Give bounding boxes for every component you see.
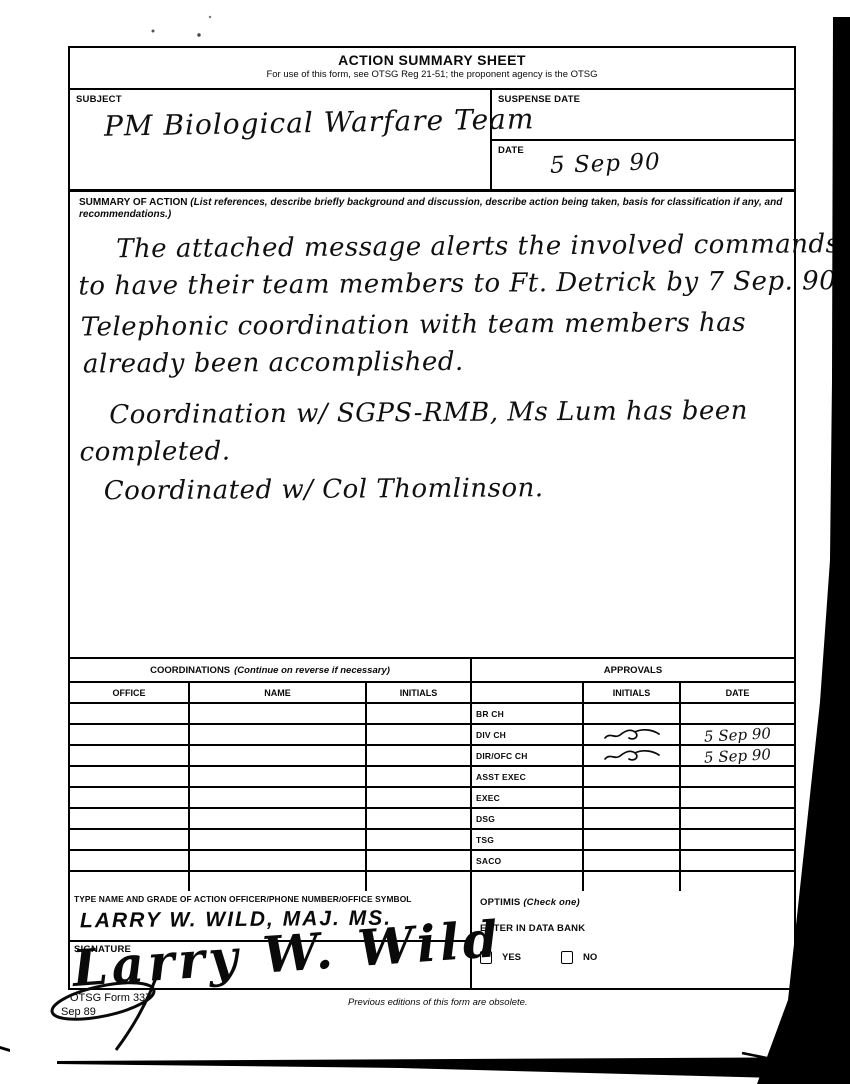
approval-initials-cell bbox=[584, 830, 681, 849]
coord-initials-column-header: INITIALS bbox=[367, 683, 472, 702]
optimis-label-title: OPTIMIS bbox=[480, 897, 520, 908]
scan-bar-bottom bbox=[57, 1057, 850, 1080]
summary-of-action-section: SUMMARY OF ACTION (List references, desc… bbox=[70, 192, 794, 659]
coordination-name-cell bbox=[190, 746, 367, 765]
scanned-document-page: ACTION SUMMARY SHEET For use of this for… bbox=[0, 0, 850, 1084]
approval-date-cell bbox=[681, 767, 794, 786]
approval-role-column-header bbox=[472, 683, 584, 702]
coordination-office-cell bbox=[70, 767, 190, 786]
summary-handwritten-text: The attached message alerts the involved… bbox=[78, 227, 786, 511]
approval-date-cell: 5 Sep 90 bbox=[681, 725, 794, 744]
optimis-label: OPTIMIS (Check one) bbox=[480, 897, 786, 908]
table-section-headers: COORDINATIONS (Continue on reverse if ne… bbox=[70, 659, 794, 683]
optimis-label-note: (Check one) bbox=[523, 897, 580, 908]
suspense-date-field: SUSPENSE DATE bbox=[492, 90, 794, 141]
form-subtitle: For use of this form, see OTSG Reg 21-51… bbox=[70, 69, 794, 80]
checkbox-label: YES bbox=[502, 952, 521, 963]
checkbox-label: NO bbox=[583, 952, 597, 963]
approval-initials-column-header: INITIALS bbox=[584, 683, 681, 702]
scan-speck bbox=[197, 33, 200, 36]
summary-label-title: SUMMARY OF ACTION bbox=[79, 197, 188, 208]
table-row: TSG bbox=[70, 830, 794, 851]
name-column-header: NAME bbox=[190, 683, 367, 702]
check-option-no: NO bbox=[561, 951, 597, 964]
coordination-office-cell bbox=[70, 725, 190, 744]
coordination-office-cell bbox=[70, 704, 190, 723]
subject-field: SUBJECT PM Biological Warfare Team bbox=[70, 90, 492, 189]
approval-role-cell: ASST EXEC bbox=[472, 767, 584, 786]
date-field: DATE 5 Sep 90 bbox=[492, 141, 794, 189]
approval-initials-scribble bbox=[603, 748, 661, 764]
approvals-header: APPROVALS bbox=[472, 659, 794, 681]
coordination-name-cell bbox=[190, 851, 367, 870]
coordination-initials-cell bbox=[367, 704, 472, 723]
coordination-name-cell bbox=[190, 767, 367, 786]
coordination-initials-cell bbox=[367, 809, 472, 828]
approval-role-cell: DSG bbox=[472, 809, 584, 828]
coordination-office-cell bbox=[70, 851, 190, 870]
summary-line: The attached message alerts the involved… bbox=[116, 227, 784, 269]
date-column: SUSPENSE DATE DATE 5 Sep 90 bbox=[492, 90, 794, 189]
coordination-initials-cell bbox=[367, 746, 472, 765]
table-row: EXEC bbox=[70, 788, 794, 809]
subject-date-row: SUBJECT PM Biological Warfare Team SUSPE… bbox=[70, 90, 794, 192]
date-value-handwritten: 5 Sep 90 bbox=[550, 149, 661, 179]
approval-role-cell: SACO bbox=[472, 851, 584, 870]
approval-date-column-header: DATE bbox=[681, 683, 794, 702]
enter-in-data-bank-label: ENTER IN DATA BANK bbox=[480, 923, 786, 934]
approval-initials-cell bbox=[584, 746, 681, 765]
optimis-checkboxes: YESNO bbox=[480, 951, 786, 964]
approval-date-cell bbox=[681, 809, 794, 828]
approval-role-cell bbox=[472, 872, 584, 891]
table-row: SACO bbox=[70, 851, 794, 872]
optimis-section: OPTIMIS (Check one) ENTER IN DATA BANK Y… bbox=[472, 891, 794, 988]
table-row: DSG bbox=[70, 809, 794, 830]
coordinations-header-note: (Continue on reverse if necessary) bbox=[234, 665, 390, 676]
coordination-initials-cell bbox=[367, 725, 472, 744]
approval-date-cell bbox=[681, 851, 794, 870]
subject-value-handwritten: PM Biological Warfare Team bbox=[104, 102, 535, 143]
approval-date-handwritten: 5 Sep 90 bbox=[704, 745, 772, 766]
approval-role-cell: TSG bbox=[472, 830, 584, 849]
coordination-initials-cell bbox=[367, 788, 472, 807]
summary-line: Coordination w/ SGPS-RMB, Ms Lum has bee… bbox=[109, 393, 785, 435]
summary-label: SUMMARY OF ACTION (List references, desc… bbox=[79, 197, 785, 221]
summary-line: Coordinated w/ Col Thomlinson. bbox=[104, 469, 786, 511]
coordination-name-cell bbox=[190, 872, 367, 891]
form-edition-date: Sep 89 bbox=[61, 1006, 96, 1018]
suspense-date-label: SUSPENSE DATE bbox=[498, 94, 788, 105]
table-row: BR CH bbox=[70, 704, 794, 725]
approval-date-handwritten: 5 Sep 90 bbox=[704, 724, 772, 745]
approval-role-cell: BR CH bbox=[472, 704, 584, 723]
approval-initials-cell bbox=[584, 851, 681, 870]
approval-initials-cell bbox=[584, 704, 681, 723]
table-row: DIV CH5 Sep 90 bbox=[70, 725, 794, 746]
checkbox-no[interactable] bbox=[561, 951, 573, 964]
coordinations-approvals-body: BR CHDIV CH5 Sep 90DIR/OFC CH5 Sep 90ASS… bbox=[70, 704, 794, 891]
approval-initials-cell bbox=[584, 725, 681, 744]
approval-date-cell bbox=[681, 704, 794, 723]
table-row: DIR/OFC CH5 Sep 90 bbox=[70, 746, 794, 767]
approval-initials-cell bbox=[584, 872, 681, 891]
approval-role-cell: DIR/OFC CH bbox=[472, 746, 584, 765]
table-row bbox=[70, 872, 794, 891]
coordination-name-cell bbox=[190, 725, 367, 744]
coordination-office-cell bbox=[70, 788, 190, 807]
approval-initials-cell bbox=[584, 788, 681, 807]
coordination-name-cell bbox=[190, 788, 367, 807]
approval-date-cell: 5 Sep 90 bbox=[681, 746, 794, 765]
approval-role-cell: DIV CH bbox=[472, 725, 584, 744]
approval-initials-cell bbox=[584, 767, 681, 786]
summary-line: already been accomplished. bbox=[83, 342, 785, 384]
coordination-initials-cell bbox=[367, 872, 472, 891]
approval-date-cell bbox=[681, 872, 794, 891]
coordination-office-cell bbox=[70, 809, 190, 828]
coordination-office-cell bbox=[70, 872, 190, 891]
coordination-initials-cell bbox=[367, 851, 472, 870]
summary-line: completed. bbox=[79, 430, 785, 472]
coordination-office-cell bbox=[70, 830, 190, 849]
approvals-header-text: APPROVALS bbox=[604, 665, 662, 676]
scan-dash-left bbox=[0, 1046, 10, 1052]
summary-line: to have their team members to Ft. Detric… bbox=[78, 264, 784, 306]
coordination-office-cell bbox=[70, 746, 190, 765]
coordination-initials-cell bbox=[367, 767, 472, 786]
form-header: ACTION SUMMARY SHEET For use of this for… bbox=[70, 48, 794, 90]
scan-speck bbox=[152, 30, 155, 33]
action-officer-label: TYPE NAME AND GRADE OF ACTION OFFICER/PH… bbox=[70, 891, 470, 904]
coordinations-header-text: COORDINATIONS bbox=[150, 665, 230, 676]
approval-initials-cell bbox=[584, 809, 681, 828]
coordination-name-cell bbox=[190, 704, 367, 723]
action-summary-sheet-form: ACTION SUMMARY SHEET For use of this for… bbox=[68, 46, 796, 990]
approval-date-cell bbox=[681, 830, 794, 849]
approval-role-cell: EXEC bbox=[472, 788, 584, 807]
coordination-initials-cell bbox=[367, 830, 472, 849]
table-row: ASST EXEC bbox=[70, 767, 794, 788]
approval-date-cell bbox=[681, 788, 794, 807]
approval-initials-scribble bbox=[603, 727, 661, 743]
form-title: ACTION SUMMARY SHEET bbox=[70, 52, 794, 68]
summary-line: Telephonic coordination with team member… bbox=[81, 305, 785, 347]
scan-speck bbox=[209, 16, 211, 18]
office-column-header: OFFICE bbox=[70, 683, 190, 702]
coordination-name-cell bbox=[190, 830, 367, 849]
coordinations-header: COORDINATIONS (Continue on reverse if ne… bbox=[70, 659, 472, 681]
table-column-headers: OFFICE NAME INITIALS INITIALS DATE bbox=[70, 683, 794, 704]
coordination-name-cell bbox=[190, 809, 367, 828]
scan-scratch bbox=[742, 1053, 802, 1065]
obsolete-note: Previous editions of this form are obsol… bbox=[348, 997, 528, 1008]
